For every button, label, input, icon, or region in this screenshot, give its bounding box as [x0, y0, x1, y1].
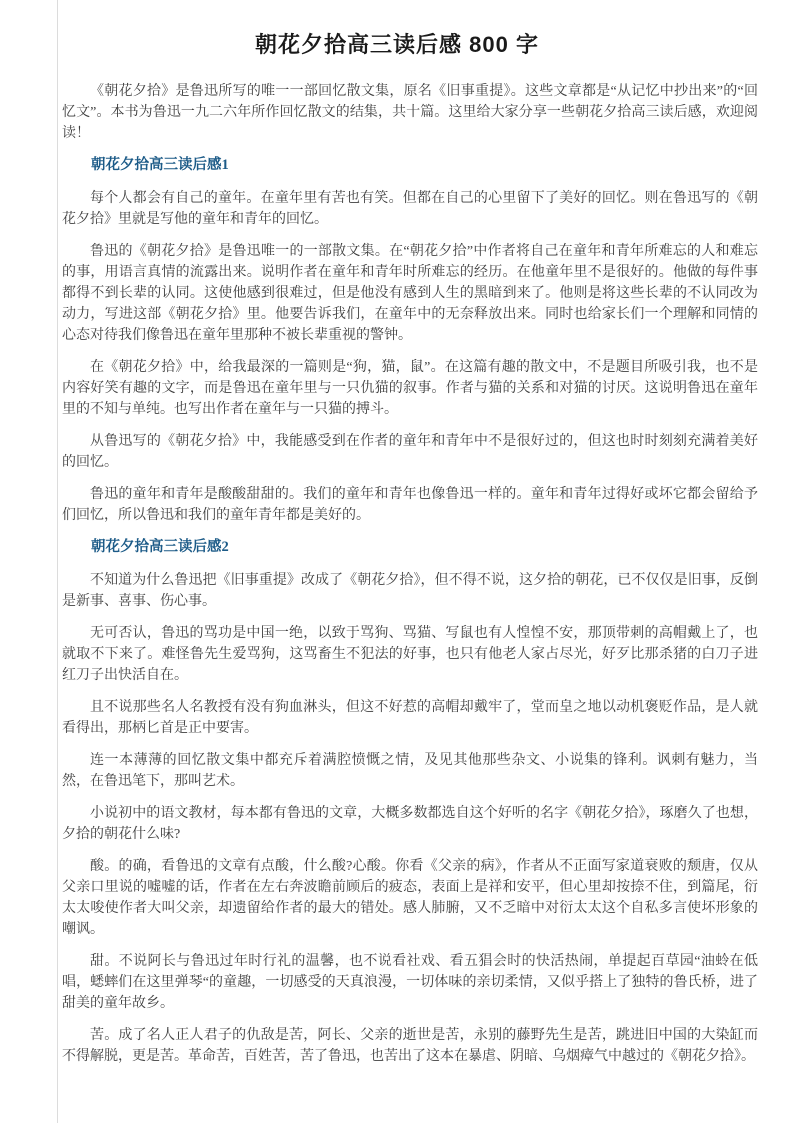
section-heading: 朝花夕拾高三读后感1	[62, 155, 758, 176]
document-page: 朝花夕拾高三读后感 800 字 《朝花夕拾》是鲁迅所写的唯一一部回忆散文集，原名…	[0, 0, 794, 1123]
paragraph: 无可否认，鲁迅的骂功是中国一绝，以致于骂狗、骂猫、写鼠也有人惶惶不安，那顶带刺的…	[62, 623, 758, 686]
paragraph: 苦。成了名人正人君子的仇敌是苦，阿长、父亲的逝世是苦，永别的藤野先生是苦，跳进旧…	[62, 1025, 758, 1067]
section-heading: 朝花夕拾高三读后感2	[62, 537, 758, 558]
page-left-edge-line	[57, 0, 58, 1123]
paragraph: 甜。不说阿长与鲁迅过年时行礼的温馨，也不说看社戏、看五猖会时的快活热闹，单提起百…	[62, 951, 758, 1014]
paragraph: 鲁迅的《朝花夕拾》是鲁迅唯一的一部散文集。在“朝花夕拾”中作者将自己在童年和青年…	[62, 241, 758, 346]
paragraph: 连一本薄薄的回忆散文集中都充斥着满腔愤慨之情，及见其他那些杂文、小说集的锋利。讽…	[62, 750, 758, 792]
paragraph: 鲁迅的童年和青年是酸酸甜甜的。我们的童年和青年也像鲁迅一样的。童年和青年过得好或…	[62, 484, 758, 526]
paragraph: 酸。的确，看鲁迅的文章有点酸，什么酸?心酸。你看《父亲的病》，作者从不正面写家道…	[62, 856, 758, 940]
document-content: 《朝花夕拾》是鲁迅所写的唯一一部回忆散文集，原名《旧事重提》。这些文章都是“从记…	[0, 60, 794, 1067]
paragraph: 在《朝花夕拾》中，给我最深的一篇则是“狗，猫，鼠”。在这篇有趣的散文中，不是题目…	[62, 357, 758, 420]
paragraph: 从鲁迅写的《朝花夕拾》中，我能感受到在作者的童年和青年中不是很好过的，但这也时时…	[62, 431, 758, 473]
paragraph: 小说初中的语文教材，每本都有鲁迅的文章，大概多数都选自这个好听的名字《朝花夕拾》…	[62, 803, 758, 845]
paragraph: 每个人都会有自己的童年。在童年里有苦也有笑。但都在自己的心里留下了美好的回忆。则…	[62, 188, 758, 230]
paragraph: 不知道为什么鲁迅把《旧事重提》改成了《朝花夕拾》，但不得不说，这夕拾的朝花，已不…	[62, 570, 758, 612]
paragraph: 《朝花夕拾》是鲁迅所写的唯一一部回忆散文集，原名《旧事重提》。这些文章都是“从记…	[62, 81, 758, 144]
document-title: 朝花夕拾高三读后感 800 字	[0, 0, 794, 60]
paragraph: 且不说那些名人名教授有没有狗血淋头，但这不好惹的高帽却戴牢了，堂而皇之地以动机褒…	[62, 697, 758, 739]
